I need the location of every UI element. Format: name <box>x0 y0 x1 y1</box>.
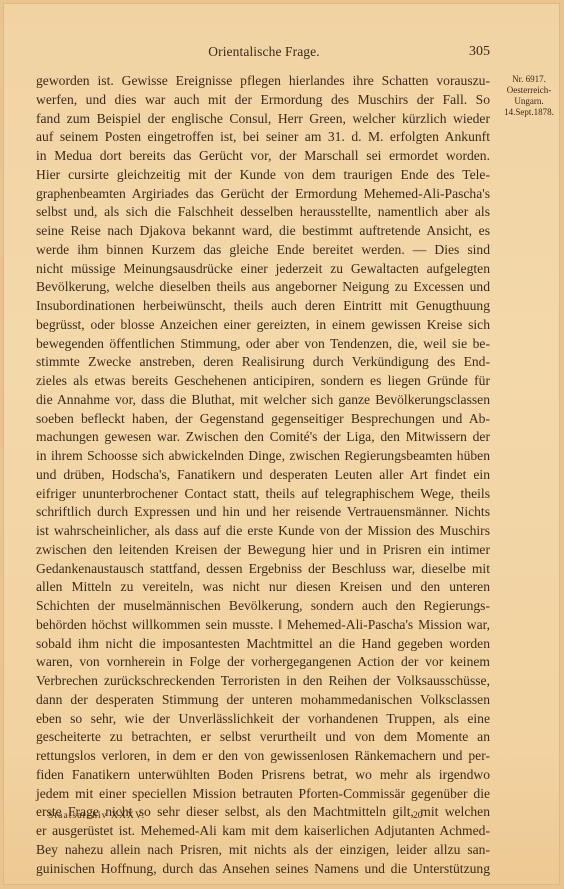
text-line: begrüsst, oder blosse Anzeichen einer ge… <box>36 316 490 335</box>
text-line: werfen, und dies war auch mit der Ermord… <box>36 91 490 110</box>
text-line: zieles als etwas bereits Geschehenen ant… <box>36 372 490 391</box>
text-line: Insubordinationen herbeiwünscht, theils … <box>36 297 490 316</box>
margin-note-date: 14.Sept.1878. <box>494 107 564 118</box>
text-line: Gedankenaustausch stattfand, dessen Erge… <box>36 560 490 579</box>
text-line: geworden ist. Gewisse Ereignisse pflegen… <box>36 72 490 91</box>
text-line: Hier cursirte gleichzeitig mit der Kunde… <box>36 166 490 185</box>
margin-note-country-cont: Ungarn. <box>494 96 564 107</box>
margin-note-number: Nr. 6917. <box>494 74 564 85</box>
footer-signature-number: 20 <box>413 811 423 821</box>
running-title: Orientalische Frage. <box>38 44 490 60</box>
text-line: selbst und, als sich die Falschheit dess… <box>36 203 490 222</box>
text-line: auf seinem Posten eingetroffen ist, bei … <box>36 128 490 147</box>
text-line: ist wahrscheinlicher, als dass auf die e… <box>36 522 490 541</box>
text-line: allen Mitteln zu vereiteln, was nicht nu… <box>36 578 490 597</box>
text-line: jedem mit einer speciellen Mission betra… <box>36 785 490 804</box>
footer-signature: Staatsarchiv XXXV. <box>48 811 145 821</box>
text-line: bewegenden öffentlichen Stimmung, oder a… <box>36 335 490 354</box>
text-line: behörden höchst willkommen sein musste. … <box>36 616 490 635</box>
text-line: machungen gewesen war. Zwischen den Comi… <box>36 428 490 447</box>
body-text: geworden ist. Gewisse Ereignisse pflegen… <box>36 72 490 878</box>
page-footer: Staatsarchiv XXXV. 20 <box>48 811 468 825</box>
text-line: werde ihm binnen Kurzem das gleiche Ende… <box>36 241 490 260</box>
text-line: die Annahme vor, dass die Bluthat, mit w… <box>36 391 490 410</box>
running-head: Orientalische Frage. 305 <box>38 44 490 60</box>
text-line: Schichten der muselmännischen Bevölkerun… <box>36 597 490 616</box>
text-line: Bey nahezu allein nach Prisren, mit nich… <box>36 841 490 860</box>
text-line: Verbrechen zurückschreckenden Terroriste… <box>36 672 490 691</box>
text-line: in Medua dort bereits das Gerücht vor, d… <box>36 147 490 166</box>
text-line: stimmte Zwecke anstreben, deren Realisir… <box>36 353 490 372</box>
text-line: eifriger ununterbrochener Contact statt,… <box>36 485 490 504</box>
text-line: soeben befleckt haben, der Gegenstand ge… <box>36 410 490 429</box>
text-line: schriftlich durch Expressen und hin und … <box>36 503 490 522</box>
margin-note: Nr. 6917. Oesterreich- Ungarn. 14.Sept.1… <box>494 74 564 118</box>
text-line: graphenbeamten Argiriades das Gerücht de… <box>36 185 490 204</box>
text-line: zwischen den leitenden Kreisen der Beweg… <box>36 541 490 560</box>
text-line: rettungslos verloren, in dem er den von … <box>36 747 490 766</box>
text-line: seine Reise nach Djakova bekannt ward, d… <box>36 222 490 241</box>
text-line: sobald ihm nicht die imposantesten Macht… <box>36 635 490 654</box>
text-line: eben so sehr, wie der Unverlässlichkeit … <box>36 710 490 729</box>
text-line: fiden Fanatikern unterwühlten Boden Pris… <box>36 766 490 785</box>
text-line: gescheiterte zu betrachten, er selbst ve… <box>36 728 490 747</box>
text-line: und drüben, Hodscha's, Fanatikern und de… <box>36 466 490 485</box>
text-line: nicht müssige Meinungsausdrücke einer je… <box>36 260 490 279</box>
margin-note-country: Oesterreich- <box>494 85 564 96</box>
page-number: 305 <box>469 44 490 60</box>
text-line: waren, von vornherein in Folge der vorhe… <box>36 653 490 672</box>
book-page: Orientalische Frage. 305 Nr. 6917. Oeste… <box>3 3 560 885</box>
text-line: in ihrem Schoosse sich abwickelnden Ding… <box>36 447 490 466</box>
text-line: dann der desperaten Stimmung der unteren… <box>36 691 490 710</box>
text-line: Bevölkerung, welche dieselben theils aus… <box>36 278 490 297</box>
text-line: guinischen Hoffnung, durch das Ansehen s… <box>36 860 490 879</box>
text-line: fand zum Beispiel der englische Consul, … <box>36 110 490 129</box>
